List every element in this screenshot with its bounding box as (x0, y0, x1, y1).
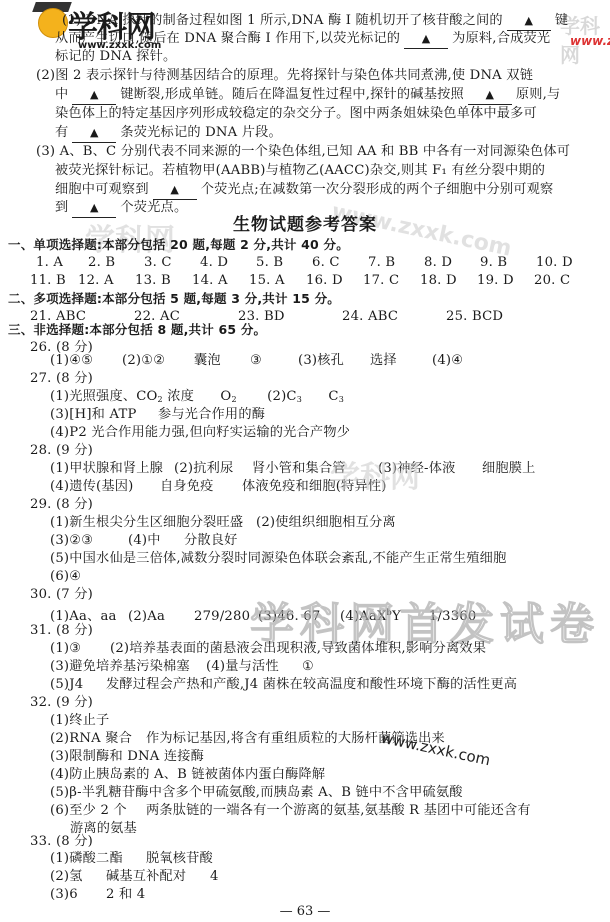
q2-line2: 中▲键断裂,形成单链。随后在降温复性过程中,探针的碱基按照▲原则,与 (55, 86, 560, 105)
answer-blank: ▲ (468, 86, 512, 105)
q29-line3: (5)中国水仙是三倍体,减数分裂时同源染色体联会紊乱,不能产生正常生殖细胞 (50, 550, 506, 568)
section1-row2: 11. B12. A13. B14. A15. A16. D17. C18. D… (30, 272, 584, 290)
answer-blank: ▲ (153, 181, 197, 200)
q29-line2: (3)②③(4)中分散良好 (50, 532, 238, 550)
q32-head: 32. (9 分) (30, 694, 93, 712)
graduation-cap-icon (32, 2, 72, 12)
q32-line4: (4)防止胰岛素的 A、B 链被菌体内蛋白酶降解 (50, 766, 325, 784)
q31-line3: (5)J4发酵过程会产热和产酸,J4 菌株在较高温度和酸性环境下酶的活性更高 (50, 676, 517, 694)
q31-line2: (3)避免培养基污染棉塞(4)量与活性① (50, 658, 314, 676)
q28-line1: (1)甲状腺和肾上腺(2)抗利尿肾小管和集合管(3)神经-体液细胞膜上 (50, 460, 536, 478)
q3-line3: 细胞中可观察到▲个荧光点;在减数第一次分裂形成的两个子细胞中分别可观察 (55, 181, 553, 200)
q32-line2: (2)RNA 聚合作为标记基因,将含有重组质粒的大肠杆菌筛选出来 (50, 730, 445, 748)
q32-line6: (6)至少 2 个两条肽链的一端各有一个游离的氨基,氨基酸 R 基团中可能还含有 (50, 802, 531, 820)
answer-blank: ▲ (72, 86, 116, 105)
q2-line3: 染色体上的特定基因序列形成较稳定的杂交分子。图中两条姐妹染色单体中最多可 (55, 105, 537, 123)
q29-head: 29. (8 分) (30, 496, 93, 514)
q2-line4: 有▲条荧光标记的 DNA 片段。 (55, 124, 282, 143)
q31-head: 31. (8 分) (30, 622, 93, 640)
q32-line3: (3)限制酶和 DNA 连接酶 (50, 748, 204, 766)
section1-row1: 1. A2. B3. C4. D5. B6. C7. B8. D9. B10. … (36, 254, 586, 272)
page-number: — 63 — (0, 904, 610, 919)
q27-line2: (3)[H]和 ATP参与光合作用的酶 (50, 406, 265, 424)
answer-blank: ▲ (507, 12, 551, 31)
section2-heading: 二、多项选择题:本部分包括 5 题,每题 3 分,共计 15 分。 (8, 290, 340, 308)
q28-line2: (4)遗传(基因)自身免疫体液免疫和细胞(特异性) (50, 478, 387, 496)
answer-title: 生物试题参考答案 (0, 210, 610, 235)
section1-heading: 一、单项选择题:本部分包括 20 题,每题 2 分,共计 40 分。 (8, 236, 349, 254)
q3-line1: (3) A、B、C 分别代表不同来源的一个染色体组,已知 AA 和 BB 中各有… (36, 143, 570, 161)
q1-line1: (1) DNA 探针的制备过程如图 1 所示,DNA 酶 Ⅰ 随机切开了核苷酸之… (62, 12, 568, 31)
q27-head: 27. (8 分) (30, 370, 93, 388)
q31-line1: (1)③(2)培养基表面的菌悬液会出现积液,导致菌体堆积,影响分离效果 (50, 640, 486, 658)
q1-line2: 从而产生切口,随后在 DNA 聚合酶 Ⅰ 作用下,以荧光标记的▲为原料,合成荧光 (55, 30, 550, 49)
q26-line1: (1)④⑤(2)①②囊泡③(3)核孔选择(4)④ (50, 352, 463, 370)
answer-blank: ▲ (72, 124, 116, 143)
q33-line3: (3)62 和 4 (50, 886, 145, 904)
q1-line3: 标记的 DNA 探针。 (55, 48, 176, 66)
q32-line5: (5)β-半乳糖苷酶中含多个甲硫氨酸,而胰岛素 A、B 链中不含甲硫氨酸 (50, 784, 463, 802)
watermark-top-right-url: www.z (570, 34, 610, 48)
q2-line1: (2)图 2 表示探针与待测基因结合的原理。先将探针与染色体共同煮沸,使 DNA… (36, 67, 533, 85)
q29-line1: (1)新生根尖分生区细胞分裂旺盛(2)使组织细胞相互分离 (50, 514, 396, 532)
q33-line2: (2)氢碱基互补配对4 (50, 868, 219, 886)
section3-heading: 三、非选择题:本部分包括 8 题,共计 65 分。 (8, 321, 266, 339)
q27-line3: (4)P2 光合作用能力强,但向籽实运输的光合产物少 (50, 424, 350, 442)
q29-line4: (6)④ (50, 568, 81, 586)
answer-blank: ▲ (404, 30, 448, 49)
q30-head: 30. (7 分) (30, 586, 93, 604)
q28-head: 28. (9 分) (30, 442, 93, 460)
q3-line2: 被荧光探针标记。若植物甲(AABB)与植物乙(AACC)杂交,则其 F₁ 有丝分… (55, 162, 545, 180)
q33-line1: (1)磷酸二酯脱氧核苷酸 (50, 850, 213, 868)
q33-head: 33. (8 分) (30, 833, 93, 851)
q30-line1: (1)Aa、aa(2)Aa279/280(3)46. 67(4)AaXbY1/3… (50, 604, 477, 626)
q32-line1: (1)终止子 (50, 712, 109, 730)
